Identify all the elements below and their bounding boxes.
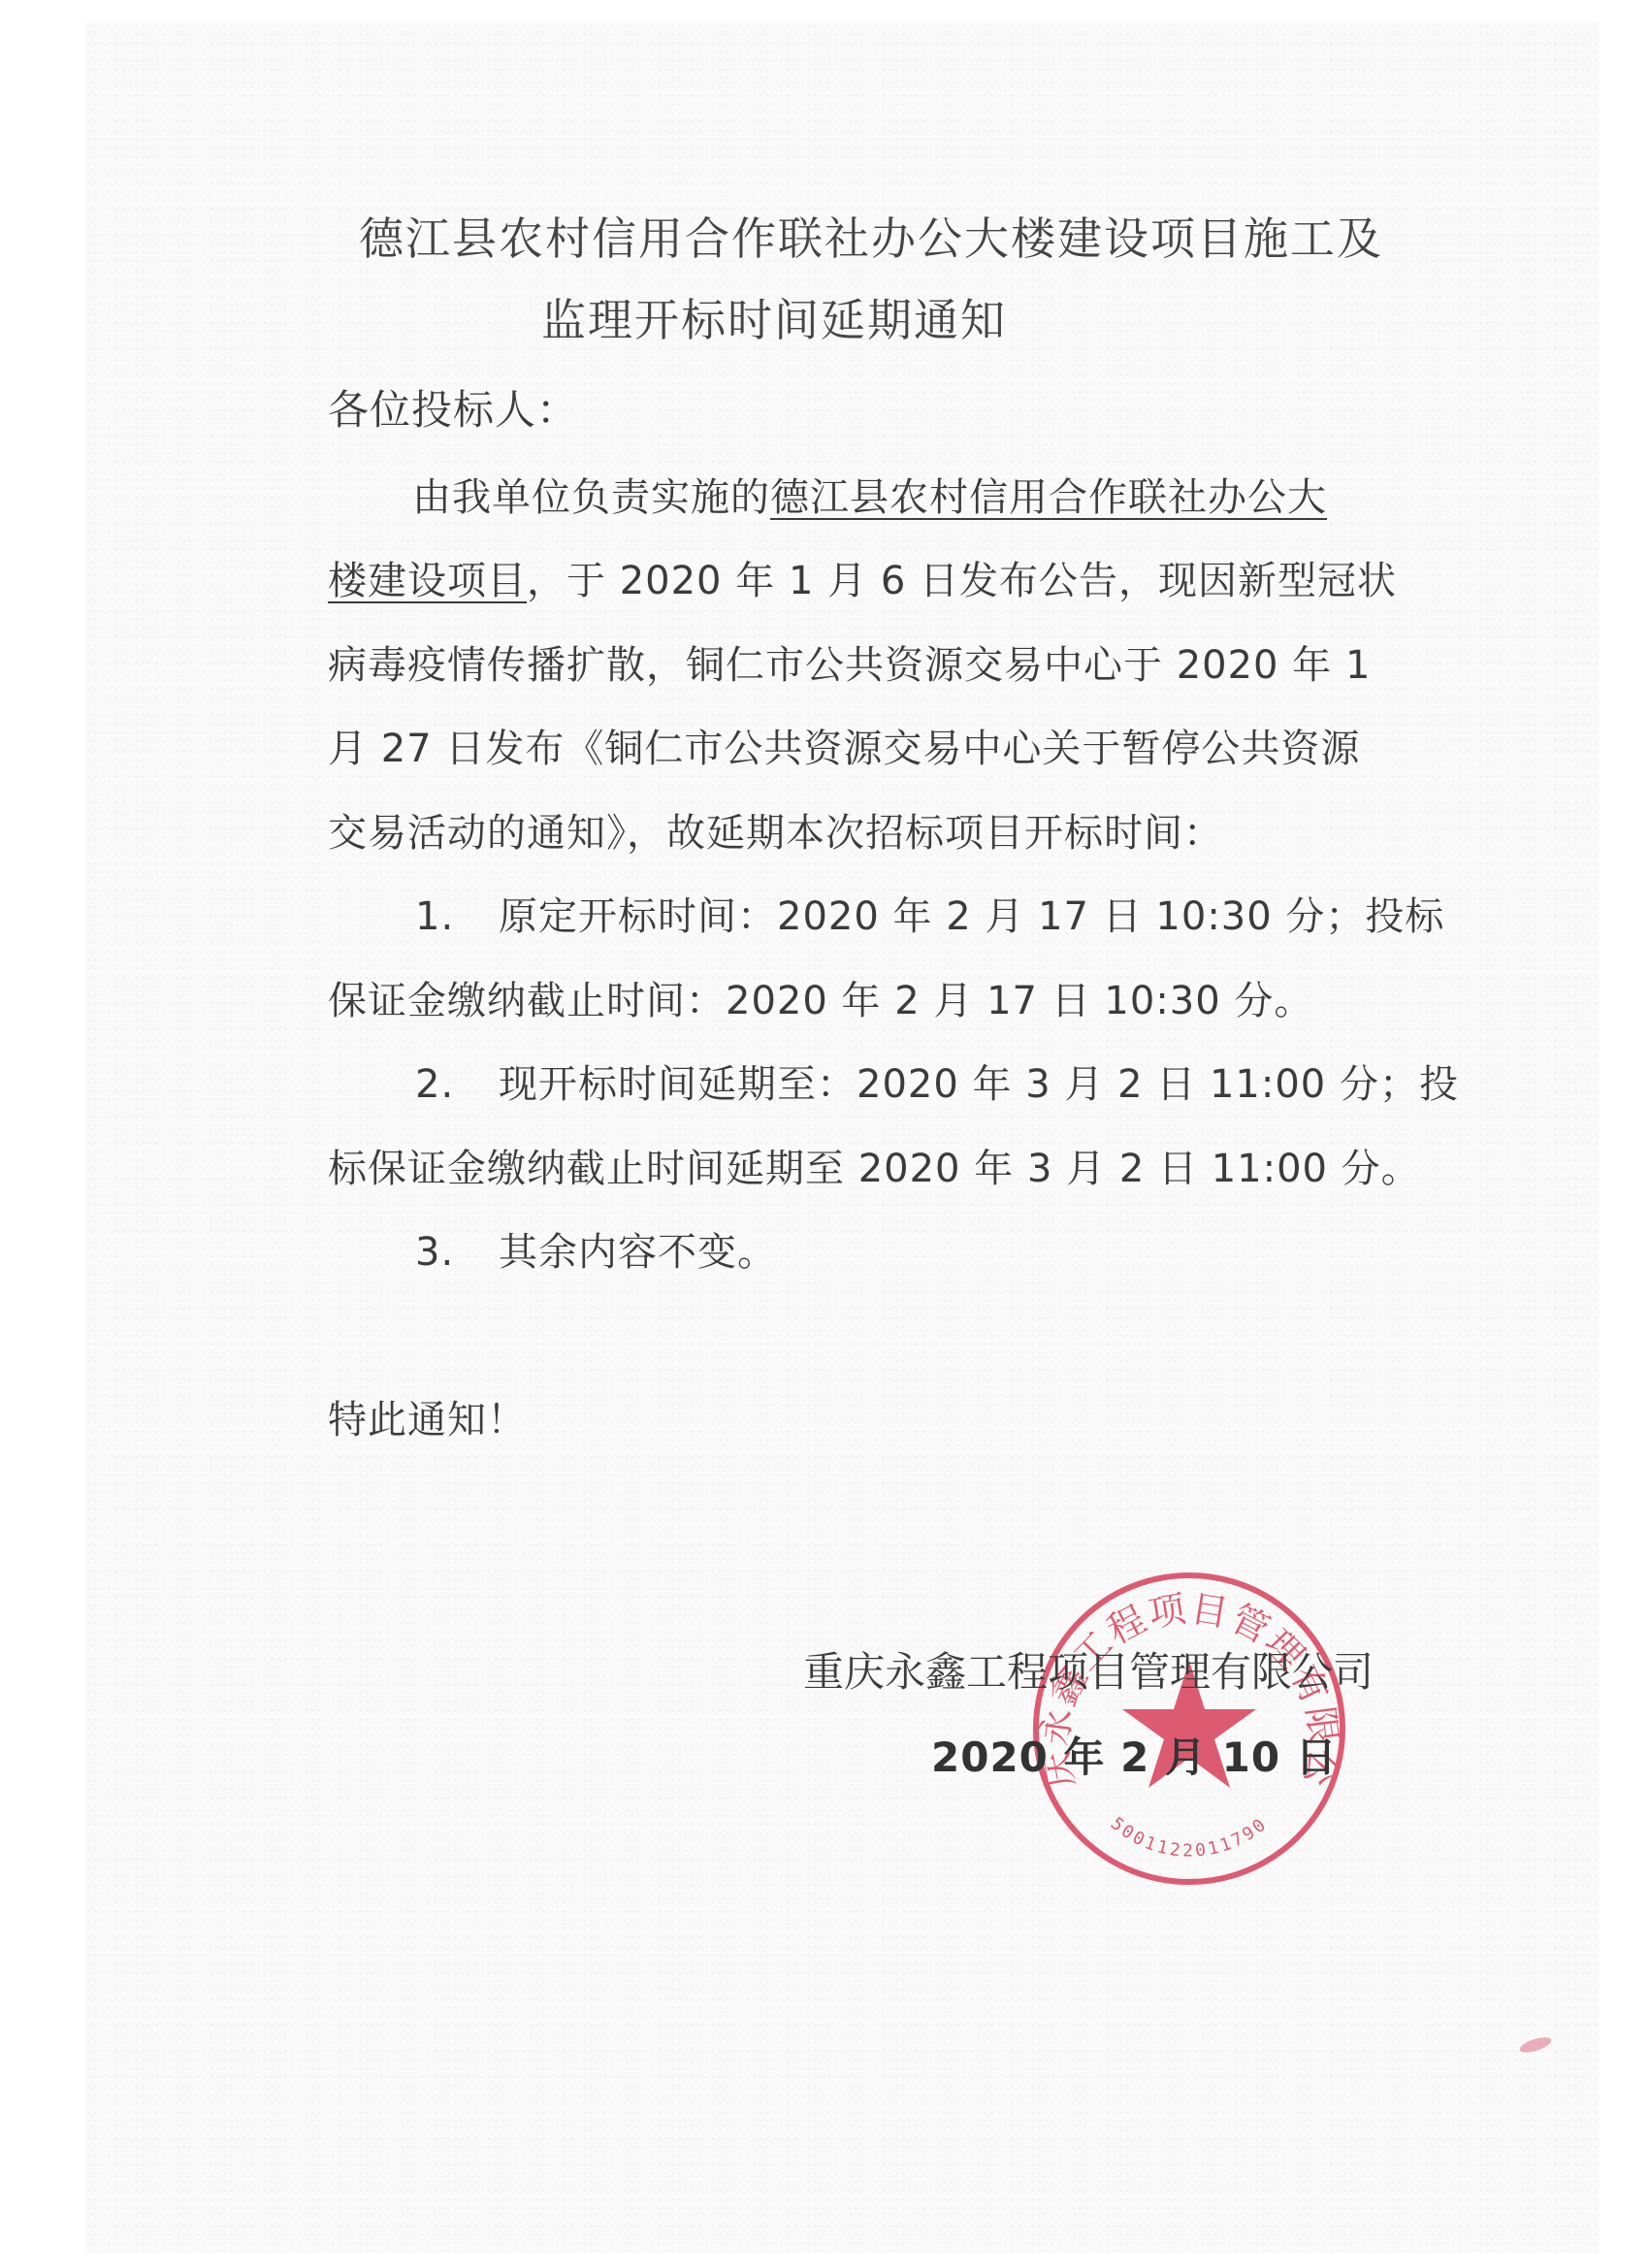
- list-item-1-line-1: 原定开标时间：2020 年 2 月 17 日 10:30 分；投标: [499, 893, 1444, 940]
- paragraph-line-1-prefix: 由我单位负责实施的: [412, 475, 770, 520]
- paragraph-line-1: 由我单位负责实施的德江县农村信用合作联社办公大: [412, 474, 1327, 521]
- list-item-2-line-2: 标保证金缴纳截止时间延期至 2020 年 3 月 2 日 11:00 分。: [328, 1146, 1421, 1192]
- list-item-1-line-2: 保证金缴纳截止时间：2020 年 2 月 17 日 10:30 分。: [328, 978, 1313, 1024]
- title-line-2: 监理开标时间延期通知: [541, 293, 1007, 347]
- paragraph-line-2-rest: ，于 2020 年 1 月 6 日发布公告，现因新型冠状: [527, 559, 1397, 603]
- company-seal-stamp: 重庆永鑫工程项目管理有限公司 5001122011790: [1029, 1569, 1349, 1889]
- title-line-1: 德江县农村信用合作联社办公大楼建设项目施工及: [359, 211, 1383, 266]
- project-name-underlined: 德江县农村信用合作联社办公大: [770, 475, 1327, 520]
- signature-company: 重庆永鑫工程项目管理有限公司: [803, 1649, 1374, 1696]
- stamp-code: 5001122011790: [1107, 1813, 1272, 1861]
- paragraph-line-4: 月 27 日发布《铜仁市公共资源交易中心关于暂停公共资源: [328, 726, 1360, 772]
- list-item-2-number: 2.: [415, 1061, 454, 1108]
- stray-ink-mark: [1518, 2034, 1553, 2056]
- project-name-underlined-cont: 楼建设项目: [328, 559, 527, 603]
- paragraph-line-2: 楼建设项目，于 2020 年 1 月 6 日发布公告，现因新型冠状: [328, 558, 1397, 604]
- scanned-page: 德江县农村信用合作联社办公大楼建设项目施工及 监理开标时间延期通知 各位投标人：…: [85, 21, 1599, 2252]
- salutation: 各位投标人：: [328, 387, 578, 434]
- signature-date: 2020 年 2 月 10 日: [931, 1734, 1338, 1781]
- list-item-3-line-1: 其余内容不变。: [499, 1229, 777, 1276]
- closing-text: 特此通知！: [328, 1397, 527, 1443]
- list-item-3-number: 3.: [415, 1229, 454, 1276]
- paragraph-line-3: 病毒疫情传播扩散，铜仁市公共资源交易中心于 2020 年 1: [328, 642, 1371, 689]
- list-item-2-line-1: 现开标时间延期至：2020 年 3 月 2 日 11:00 分；投: [499, 1061, 1459, 1108]
- list-item-1-number: 1.: [415, 893, 454, 940]
- paragraph-line-5: 交易活动的通知》，故延期本次招标项目开标时间：: [328, 810, 1223, 857]
